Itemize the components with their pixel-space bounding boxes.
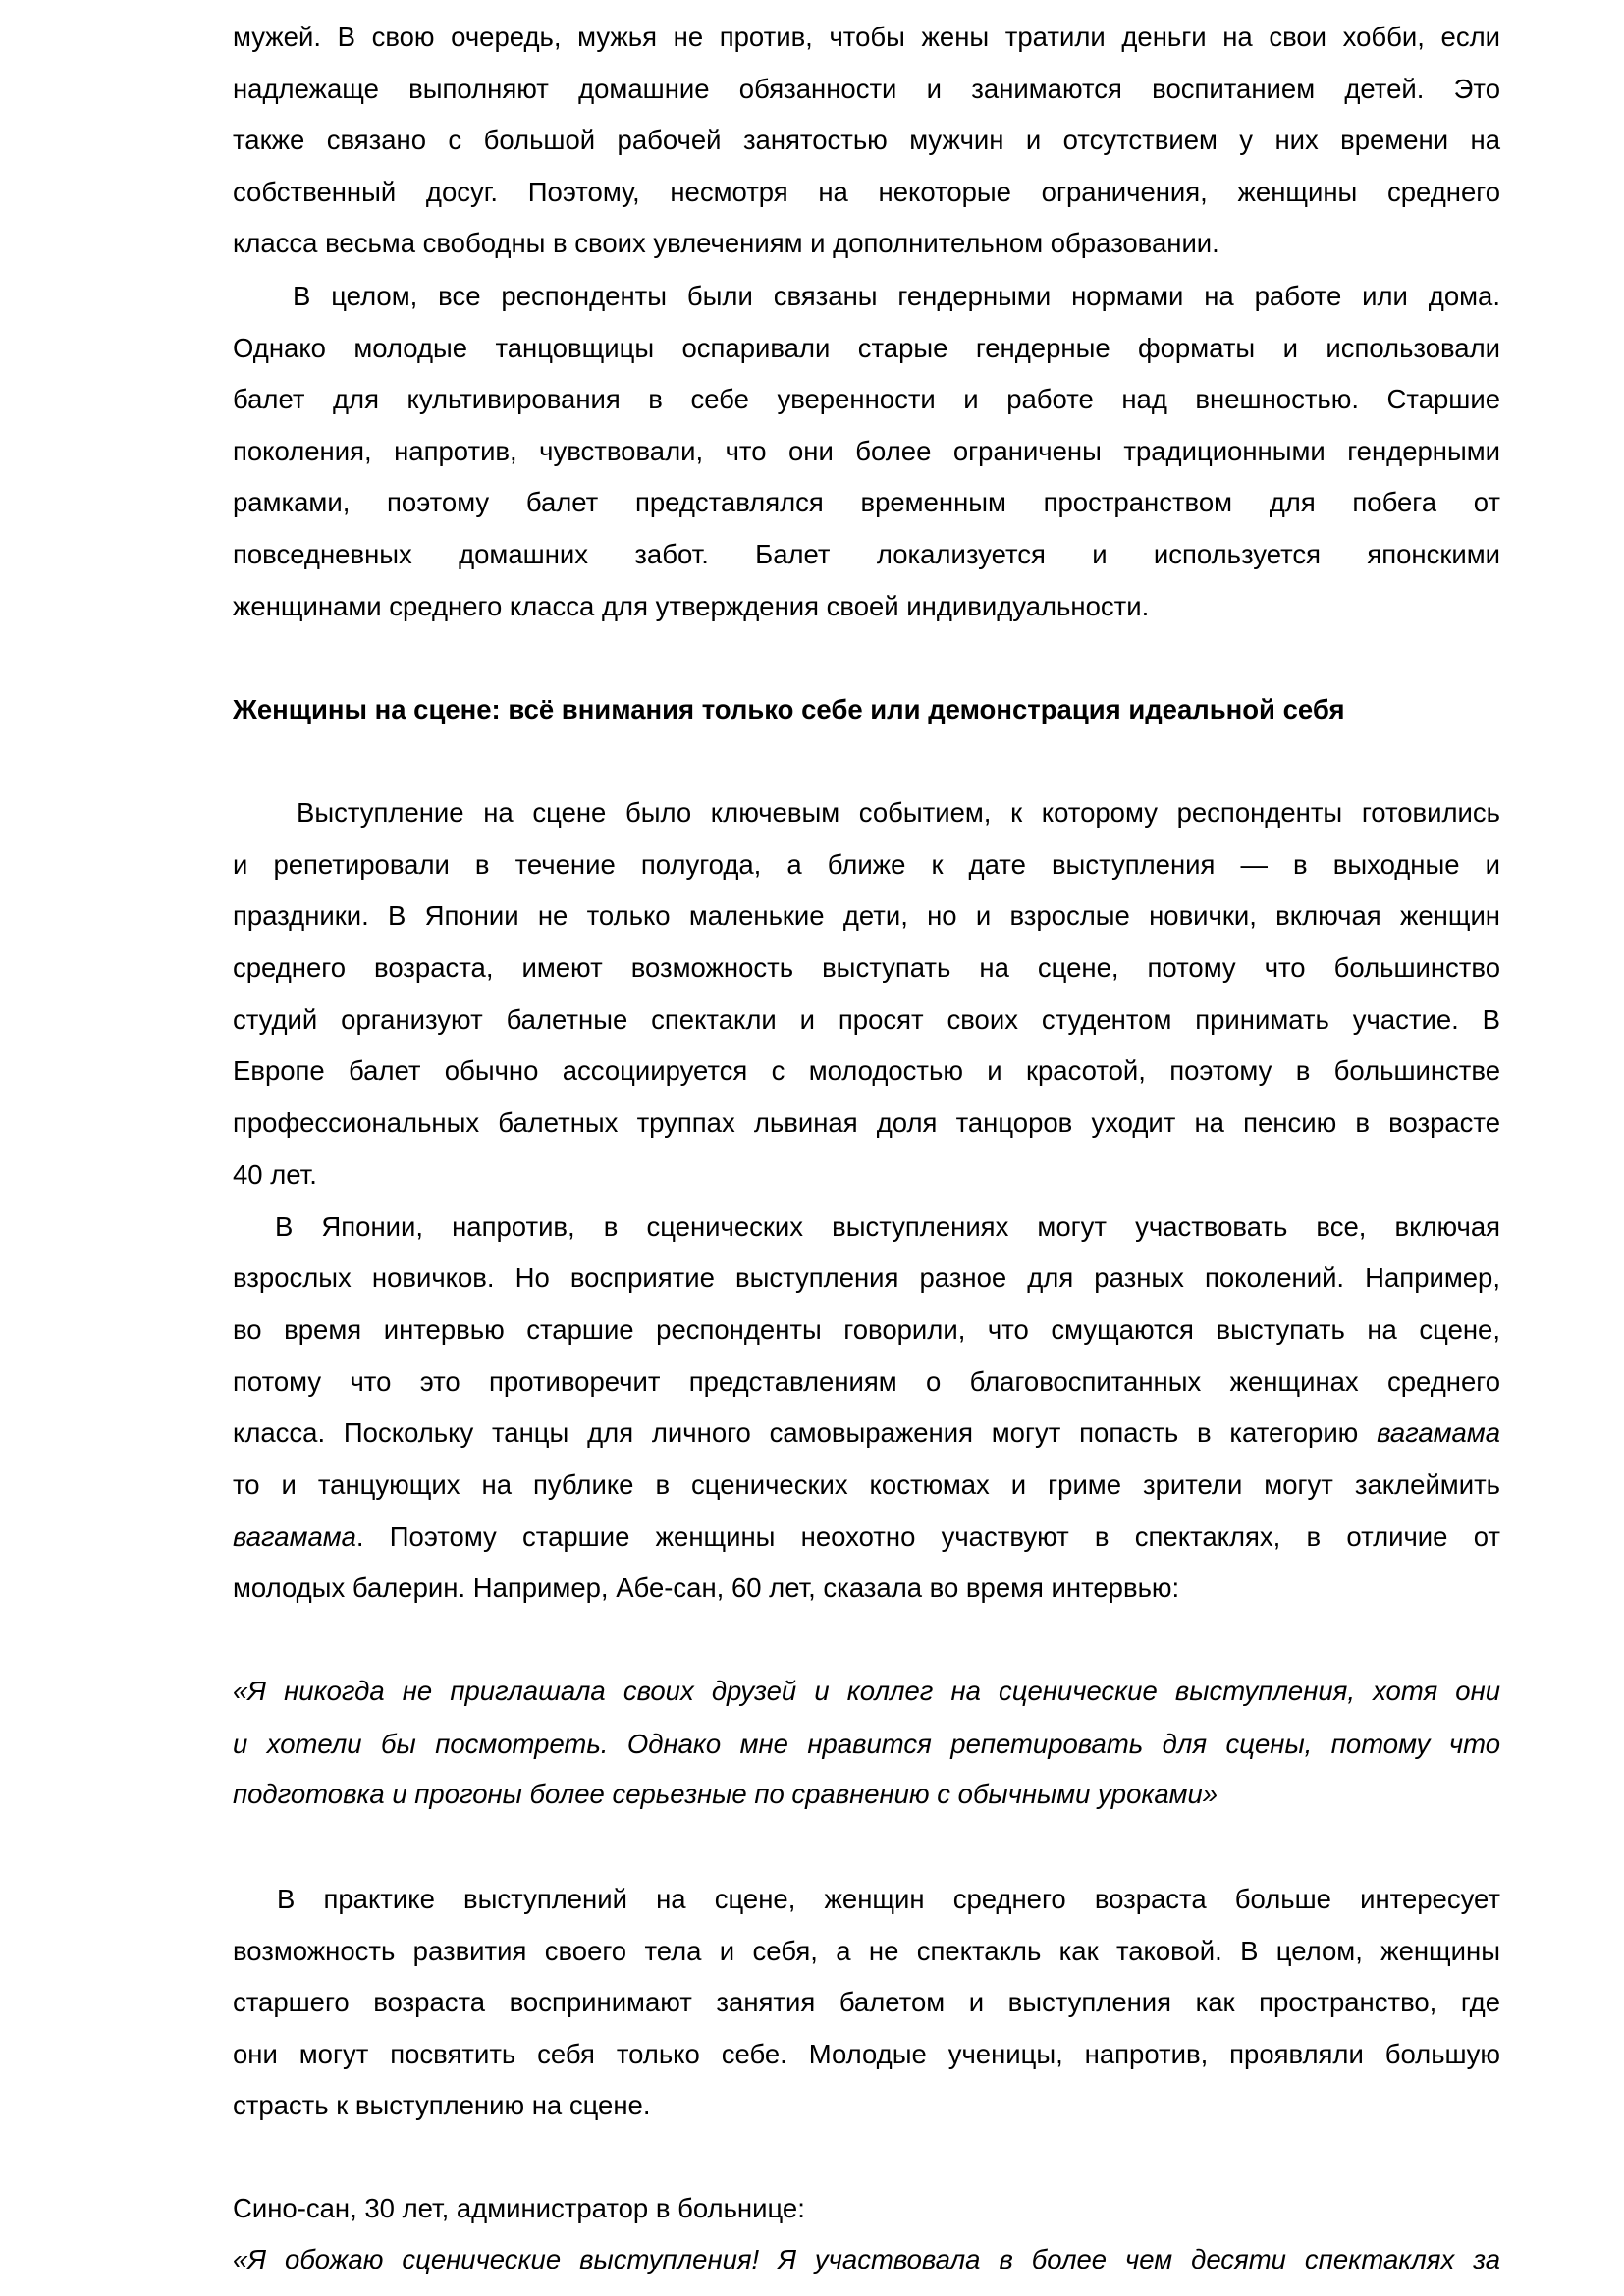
section-heading: Женщины на сцене: всё внимания только се… bbox=[233, 693, 1500, 726]
text-line: В целом, все респонденты были связаны ге… bbox=[293, 280, 1500, 313]
text-line: балет для культивирования в себе уверенн… bbox=[233, 383, 1500, 416]
text-line: класса. Поскольку танцы для личного само… bbox=[233, 1416, 1500, 1450]
text-run: . Поэтому старшие женщины неохотно участ… bbox=[356, 1522, 1500, 1552]
speaker-label: Сино-сан, 30 лет, администратор в больни… bbox=[233, 2192, 1500, 2225]
document-page: мужей. В свою очередь, мужья не против, … bbox=[0, 0, 1624, 2296]
text-line: Европе балет обычно ассоциируется с моло… bbox=[233, 1054, 1500, 1088]
text-line: Однако молодые танцовщицы оспаривали ста… bbox=[233, 332, 1500, 365]
italic-term: вагамама bbox=[1377, 1417, 1500, 1448]
text-line: женщинами среднего класса для утверждени… bbox=[233, 590, 1500, 623]
text-line: и репетировали в течение полугода, а бли… bbox=[233, 848, 1500, 881]
text-line: вагамама. Поэтому старшие женщины неохот… bbox=[233, 1521, 1500, 1554]
text-line: 40 лет. bbox=[233, 1158, 1500, 1192]
text-line: возможность развития своего тела и себя,… bbox=[233, 1935, 1500, 1968]
text-line: поколения, напротив, чувствовали, что он… bbox=[233, 435, 1500, 468]
text-line: В практике выступлений на сцене, женщин … bbox=[277, 1883, 1500, 1916]
text-line: профессиональных балетных труппах львина… bbox=[233, 1106, 1500, 1140]
text-line: старшего возраста воспринимают занятия б… bbox=[233, 1986, 1500, 2019]
text-line: страсть к выступлению на сцене. bbox=[233, 2089, 1500, 2122]
text-line: повседневных домашних забот. Балет локал… bbox=[233, 538, 1500, 571]
quote-line: подготовка и прогоны более серьезные по … bbox=[233, 1778, 1500, 1811]
quote-line: и хотели бы посмотреть. Однако мне нрави… bbox=[233, 1728, 1500, 1761]
quote-line: «Я никогда не приглашала своих друзей и … bbox=[233, 1675, 1500, 1708]
text-line: праздники. В Японии не только маленькие … bbox=[233, 899, 1500, 933]
text-line: студий организуют балетные спектакли и п… bbox=[233, 1003, 1500, 1037]
text-line: то и танцующих на публике в сценических … bbox=[233, 1468, 1500, 1502]
quote-line: «Я обожаю сценические выступления! Я уча… bbox=[233, 2243, 1500, 2276]
text-line: мужей. В свою очередь, мужья не против, … bbox=[233, 21, 1500, 54]
text-line: молодых балерин. Например, Абе-сан, 60 л… bbox=[233, 1572, 1500, 1605]
text-line: потому что это противоречит представлени… bbox=[233, 1365, 1500, 1399]
text-line: также связано с большой рабочей занятост… bbox=[233, 124, 1500, 157]
text-line: во время интервью старшие респонденты го… bbox=[233, 1313, 1500, 1347]
text-line: Выступление на сцене было ключевым событ… bbox=[297, 796, 1500, 829]
text-line: рамками, поэтому балет представлялся вре… bbox=[233, 486, 1500, 519]
text-line: взрослых новичков. Но восприятие выступл… bbox=[233, 1261, 1500, 1295]
italic-term: вагамама bbox=[233, 1522, 356, 1552]
text-line: среднего возраста, имеют возможность выс… bbox=[233, 951, 1500, 985]
text-line: собственный досуг. Поэтому, несмотря на … bbox=[233, 176, 1500, 209]
text-line: они могут посвятить себя только себе. Мо… bbox=[233, 2038, 1500, 2071]
text-line: В Японии, напротив, в сценических выступ… bbox=[275, 1210, 1500, 1244]
text-run: класса. Поскольку танцы для личного само… bbox=[233, 1417, 1377, 1448]
text-line: класса весьма свободны в своих увлечения… bbox=[233, 227, 1500, 260]
text-line: надлежаще выполняют домашние обязанности… bbox=[233, 73, 1500, 106]
